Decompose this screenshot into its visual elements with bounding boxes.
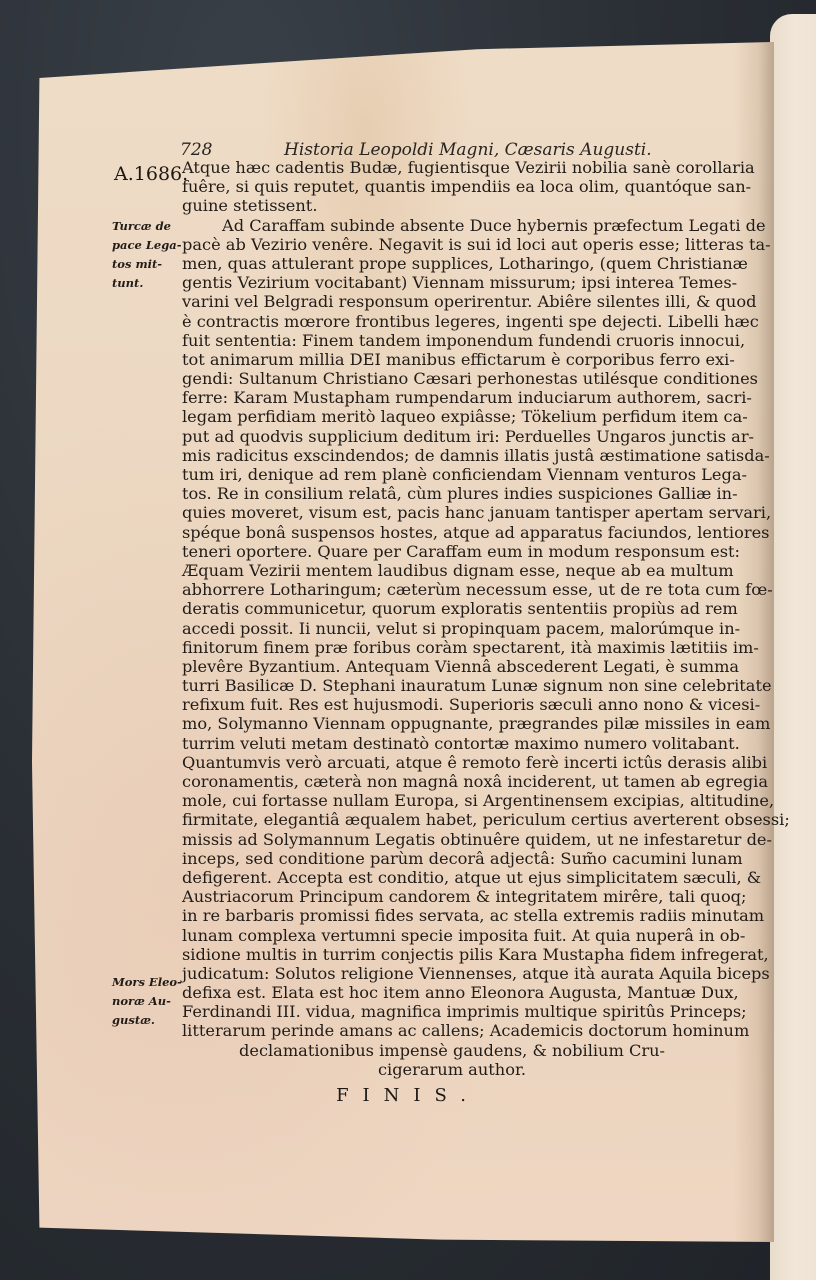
text-line: gendi: Sultanum Christiano Cæsari perhon… <box>182 369 722 388</box>
text-line: pacè ab Vezirio venêre. Negavit is sui i… <box>182 235 722 254</box>
year-marker: A.1686. <box>114 163 188 185</box>
margin-note-eleonora: Mors Eleo- noræ Au- gustæ. <box>112 973 182 1030</box>
text-line: turri Basilicæ D. Stephani inauratum Lun… <box>182 676 722 695</box>
text-line: tot animarum millia DEI manibus effictar… <box>182 350 722 369</box>
margin-note-line: gustæ. <box>112 1011 182 1030</box>
text-line: mis radicitus exscindendos; de damnis il… <box>182 446 722 465</box>
text-line: defixa est. Elata est hoc item anno Eleo… <box>182 983 722 1002</box>
text-line: tum iri, denique ad rem planè conficiend… <box>182 465 722 484</box>
text-line: put ad quodvis supplicium deditum iri: P… <box>182 427 722 446</box>
text-line: declamationibus impensè gaudens, & nobil… <box>182 1041 722 1060</box>
text-line: judicatum: Solutos religione Viennenses,… <box>182 964 722 983</box>
margin-note-line: pace Lega- <box>112 236 181 255</box>
text-line: abhorrere Lotharingum; cæterùm necessum … <box>182 580 722 599</box>
text-line: defigerent. Accepta est conditio, atque … <box>182 868 722 887</box>
margin-note-line: tos mit- <box>112 255 181 274</box>
text-line: men, quas attulerant prope supplices, Lo… <box>182 254 722 273</box>
text-line: turrim veluti metam destinatò contortæ m… <box>182 734 722 753</box>
text-line: varini vel Belgradi responsum operirentu… <box>182 292 722 311</box>
text-line: accedi possit. Ii nuncii, velut si propi… <box>182 619 722 638</box>
text-line: mole, cui fortasse nullam Europa, si Arg… <box>182 791 722 810</box>
text-line: inceps, sed conditione parùm decorâ adje… <box>182 849 722 868</box>
text-line: sidione multis in turrim conjectis pilis… <box>182 945 722 964</box>
text-line: Quantumvis verò arcuati, atque ê remoto … <box>182 753 722 772</box>
text-line: Æquam Vezirii mentem laudibus dignam ess… <box>182 561 722 580</box>
text-line: guine stetissent. <box>182 196 722 215</box>
text-line: ferre: Karam Mustapham rumpendarum induc… <box>182 388 722 407</box>
text-line: teneri oportere. Quare per Caraffam eum … <box>182 542 722 561</box>
text-line: spéque bonâ suspensos hostes, atque ad a… <box>182 523 722 542</box>
text-line: missis ad Solymannum Legatis obtinuêre q… <box>182 830 722 849</box>
margin-note-turcae: Turcæ de pace Lega- tos mit- tunt. <box>112 217 181 293</box>
text-line: fuêre, si quis reputet, quantis impendii… <box>182 177 722 196</box>
text-line: tos. Re in consilium relatâ, cùm plures … <box>182 484 722 503</box>
margin-note-line: tunt. <box>112 274 181 293</box>
text-line: mo, Solymanno Viennam oppugnante, prægra… <box>182 714 722 733</box>
text-line: plevêre Byzantium. Antequam Viennâ absce… <box>182 657 722 676</box>
text-line: fuit sententia: Finem tandem imponendum … <box>182 331 722 350</box>
header-title: Historia Leopoldi Magni, Cæsaris Augusti… <box>284 140 652 160</box>
text-line: in re barbaris promissi fides servata, a… <box>182 906 722 925</box>
margin-note-line: Turcæ de <box>112 217 181 236</box>
text-line: Ferdinandi III. vidua, magnifica imprimi… <box>182 1002 722 1021</box>
text-line: Ad Caraffam subinde absente Duce hyberni… <box>182 216 722 235</box>
text-line: quies moveret, visum est, pacis hanc jan… <box>182 503 722 522</box>
text-line: firmitate, elegantiâ æqualem habet, peri… <box>182 810 722 829</box>
body-text: Atque hæc cadentis Budæ, fugientisque Ve… <box>182 158 722 1079</box>
text-line: cigerarum author. <box>182 1060 722 1079</box>
text-line: finitorum finem præ foribus coràm specta… <box>182 638 722 657</box>
margin-note-line: Mors Eleo- <box>112 973 182 992</box>
finis-closing: FINIS. <box>0 1085 816 1106</box>
text-line: legam perfidiam meritò laqueo expiâsse; … <box>182 407 722 426</box>
text-line: coronamentis, cæterà non magnâ noxâ inci… <box>182 772 722 791</box>
page-number: 728 <box>180 140 212 160</box>
text-line: Austriacorum Principum candorem & integr… <box>182 887 722 906</box>
text-line: gentis Vezirium vocitabant) Viennam miss… <box>182 273 722 292</box>
text-line: Atque hæc cadentis Budæ, fugientisque Ve… <box>182 158 722 177</box>
text-line: è contractis mœrore frontibus legeres, i… <box>182 312 722 331</box>
text-line: lunam complexa vertumni specie imposita … <box>182 926 722 945</box>
margin-note-line: noræ Au- <box>112 992 182 1011</box>
text-line: litterarum perinde amans ac callens; Aca… <box>182 1021 722 1040</box>
text-line: deratis communicetur, quorum exploratis … <box>182 599 722 618</box>
text-line: refixum fuit. Res est hujusmodi. Superio… <box>182 695 722 714</box>
